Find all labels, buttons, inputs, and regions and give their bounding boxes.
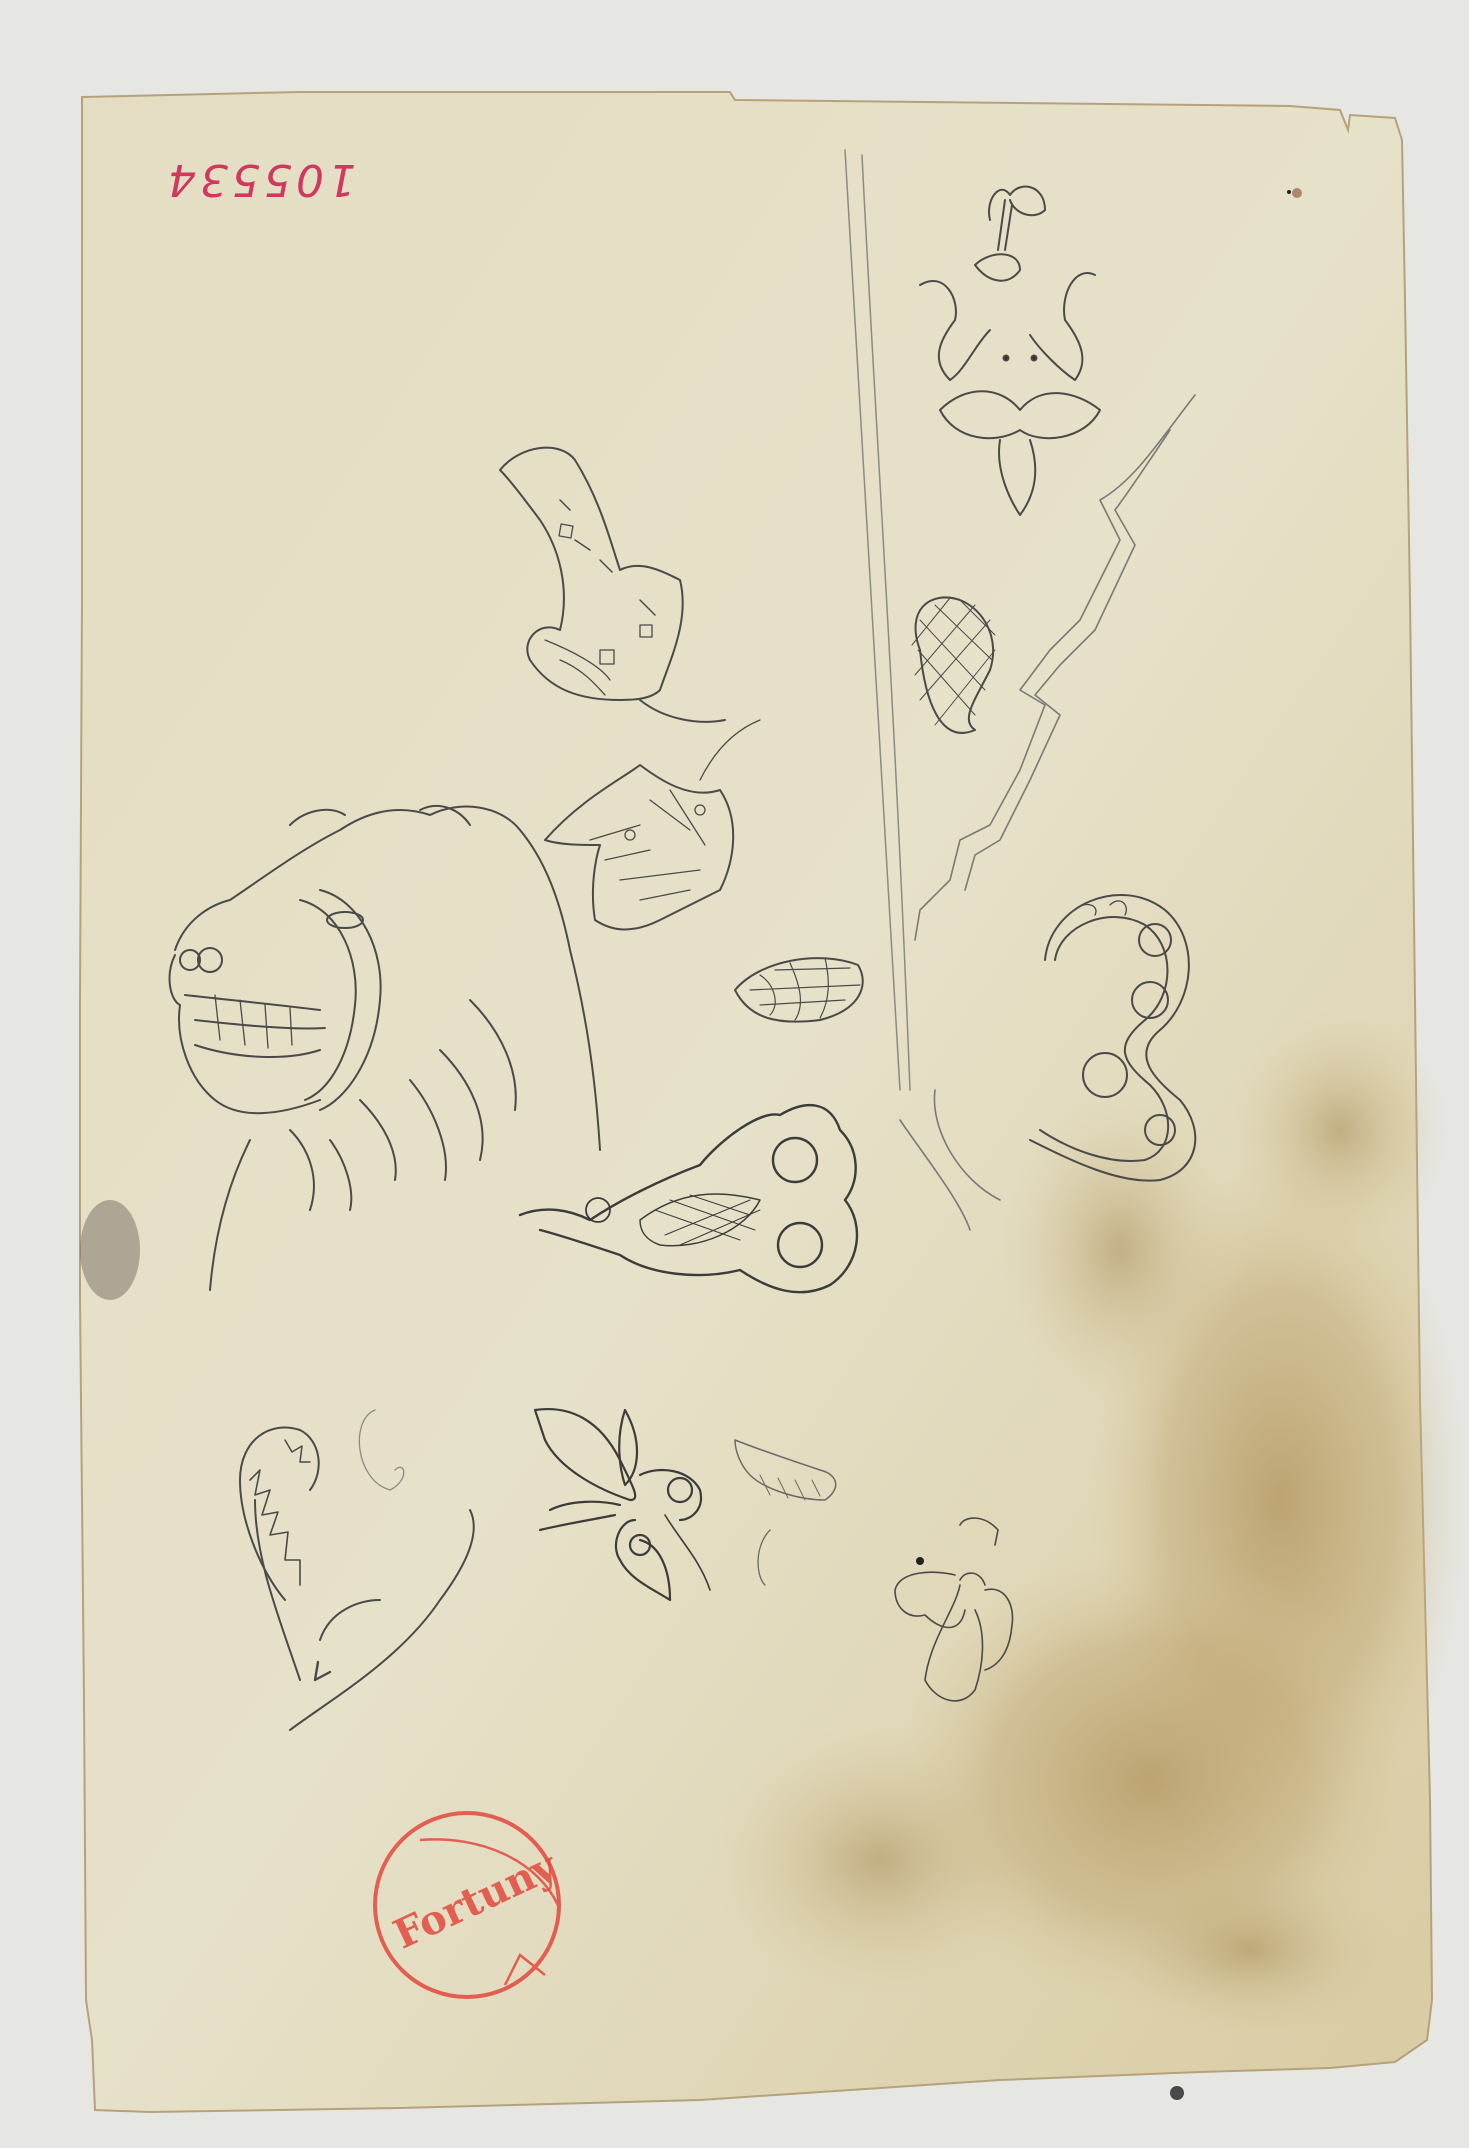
drawing-canvas (0, 0, 1469, 2148)
inventory-number: 105534 (160, 150, 360, 210)
scanned-sheet: 105534 Fortuny (0, 0, 1469, 2148)
